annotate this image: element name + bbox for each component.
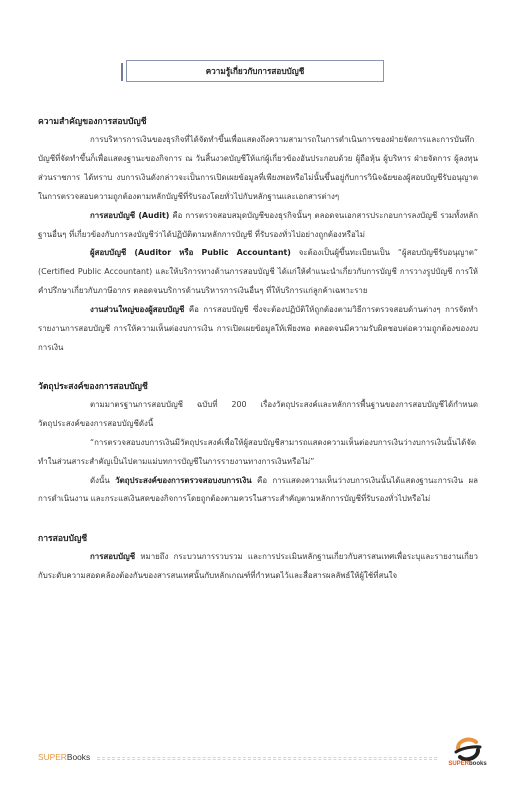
section-auditing: การสอบบัญชี การสอบบัญชี หมายถึง กระบวนกา… [38, 530, 478, 586]
logo-swirl-icon [440, 734, 495, 764]
paragraph: การสอบบัญชี (Audit) คือ การตรวจสอบสมุดบั… [38, 207, 478, 245]
section-importance: ความสำคัญของการสอบบัญชี การบริหารการเงิน… [38, 113, 478, 358]
page-title-box: ความรู้เกี่ยวกับการสอบบัญชี [121, 60, 386, 84]
document-body: ความสำคัญของการสอบบัญชี การบริหารการเงิน… [38, 113, 478, 586]
paragraph: ดังนั้น วัตถุประสงค์ของการตรวจสอบงบการเง… [38, 472, 478, 510]
document-page: ความรู้เกี่ยวกับการสอบบัญชี ความสำคัญของ… [0, 0, 514, 793]
section-heading: ความสำคัญของการสอบบัญชี [38, 113, 478, 131]
page-footer: SUPERBooks SUPERbooks [0, 740, 514, 780]
quote-paragraph: “การตรวจสอบงบการเงินมีวัตถุประสงค์เพื่อใ… [38, 434, 478, 472]
paragraph: ผู้สอบบัญชี (Auditor หรือ Public Account… [38, 244, 478, 301]
paragraph: การบริหารการเงินของธุรกิจที่ได้จัดทำขึ้น… [38, 131, 478, 207]
footer-brand: SUPERBooks [38, 752, 90, 762]
term-bold: ผู้สอบบัญชี (Auditor หรือ Public Account… [90, 248, 291, 257]
paragraph: ตามมาตรฐานการสอบบัญชี ฉบับที่ 200 เรื่อง… [38, 396, 478, 434]
title-accent-bar [121, 63, 123, 81]
paragraph: การสอบบัญชี หมายถึง กระบวนการรวบรวม และก… [38, 548, 478, 586]
section-heading: วัตถุประสงค์ของการสอบบัญชี [38, 378, 478, 396]
paragraph: งานส่วนใหญ่ของผู้สอบบัญชี คือ การสอบบัญช… [38, 301, 478, 358]
footer-divider [97, 757, 437, 758]
term-bold: วัตถุประสงค์ของการตรวจสอบงบการเงิน [115, 476, 251, 485]
section-heading: การสอบบัญชี [38, 530, 478, 548]
term-bold: การสอบบัญชี [90, 552, 135, 561]
logo-wordmark: SUPERbooks [440, 761, 495, 767]
section-objectives: วัตถุประสงค์ของการสอบบัญชี ตามมาตรฐานการ… [38, 378, 478, 509]
term-bold: การสอบบัญชี (Audit) [90, 211, 169, 220]
page-title: ความรู้เกี่ยวกับการสอบบัญชี [126, 60, 384, 82]
term-bold: งานส่วนใหญ่ของผู้สอบบัญชี [90, 305, 184, 314]
footer-divider [97, 759, 437, 760]
superbooks-logo: SUPERbooks [440, 734, 495, 774]
